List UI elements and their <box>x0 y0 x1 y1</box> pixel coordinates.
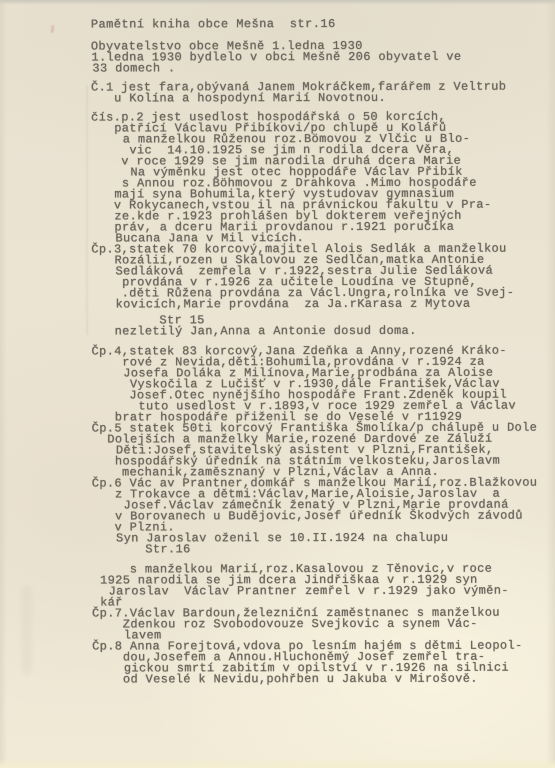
text-line: kovicích,Marie provdána za Ja.rKarasa z … <box>93 299 553 311</box>
scan-edge-top <box>0 0 555 5</box>
title-line: Pamětní kniha obce Mešna str.16 <box>91 19 551 31</box>
scan-smudge <box>22 585 32 675</box>
text-line: tuto usedlost v r.1893,v roce 1929 zemře… <box>93 401 553 413</box>
page-title: Pamětní kniha obce Mešna str.16 <box>91 19 551 31</box>
page-marker: Str 15 nezletilý Jan,Anna a Antonie dosu… <box>92 315 552 338</box>
text-line: s manželkou Marií,roz.Kasalovou z Těnovi… <box>92 564 552 576</box>
paragraph: Čp.3,statek 70 korcový,majitel Alois Sed… <box>92 244 552 311</box>
text-line: čís.p.2 jest usedlost hospodářská o 50 k… <box>91 112 551 124</box>
text-line: Čp.8 Anna Forejtová,vdova po lesním hajé… <box>92 641 552 653</box>
text-line: gickou smrtí zabitím v opilství v r.1926… <box>94 663 554 675</box>
paragraph: Čp.5 statek 50ti korcový Františka Šmolí… <box>92 423 552 479</box>
paragraph: čís.p.2 jest usedlost hospodářská o 50 k… <box>91 112 551 245</box>
text-line: Čp.5 statek 50ti korcový Františka Šmolí… <box>92 423 552 435</box>
paragraph: s manželkou Marií,roz.Kasalovou z Těnovi… <box>92 564 552 609</box>
paragraph: Č.1 jest fara,obývaná Janem Mokráčkem,fa… <box>91 82 551 105</box>
text-line: v Rokycanech,vstou il na právnickou faku… <box>91 200 551 212</box>
text-line: Děti:Josef,stavitelský asistent v Plzni,… <box>93 445 553 457</box>
text-line: Str 15 <box>91 315 551 327</box>
text-line: Jaroslav Václav Prantner zemřel v r.1929… <box>93 586 553 598</box>
scan-edge-left <box>0 0 7 768</box>
paragraph: Čp.8 Anna Forejtová,vdova po lesním hajé… <box>93 641 553 686</box>
paragraph: Obyvatelstvo obce Mešně 1.ledna 19301.le… <box>91 41 551 75</box>
text-line: Č.1 jest fara,obývaná Janem Mokráčkem,fa… <box>91 82 551 94</box>
text-line: a manželkou Růženou roz.Bömovou z Vlčic … <box>93 134 553 146</box>
paragraph: Čp.4,statek 83 korcový,Jana Zdeňka a Ann… <box>92 346 552 424</box>
text-line: Sedláková zemřela v r.1922,sestra Julie … <box>93 266 553 278</box>
pink-ink-mark <box>50 25 54 33</box>
text-line: 33 domech . <box>92 63 552 75</box>
paragraph: Čp.6 Vác av Prantner,domkář s manželkou … <box>92 478 552 556</box>
typewritten-text: Pamětní kniha obce Mešna str.16Obyvatels… <box>91 19 552 686</box>
text-line: Čp.6 Vác av Prantner,domkář s manželkou … <box>92 478 552 490</box>
scan-edge-bottom <box>0 759 555 768</box>
scan-streak <box>86 85 88 335</box>
text-line: Obyvatelstvo obce Mešně 1.ledna 1930 <box>91 41 551 53</box>
paragraph: Čp.7.Václav Bardoun,železniční zaměstnan… <box>93 608 553 642</box>
text-line: Na výměnku jest otec hoppodáře Václav Př… <box>93 167 553 179</box>
text-line: Syn Jaroslav oženil se 10.II.1924 na cha… <box>93 533 553 545</box>
text-line: Josef.Václav zámečník ženatý v Plzni,Mar… <box>93 500 553 512</box>
text-line: Čp.4,statek 83 korcový,Jana Zdeňka a Ann… <box>91 346 551 358</box>
text-line: Čp.7.Václav Bardoun,železniční zaměstnan… <box>92 608 552 620</box>
text-line: Čp.3,statek 70 korcový,majitel Alois Sed… <box>91 244 551 256</box>
scanned-page: Pamětní kniha obce Mešna str.16Obyvatels… <box>0 0 555 768</box>
text-line: Josefa Doláka z Milínova,Marie,prodbána … <box>93 368 553 380</box>
